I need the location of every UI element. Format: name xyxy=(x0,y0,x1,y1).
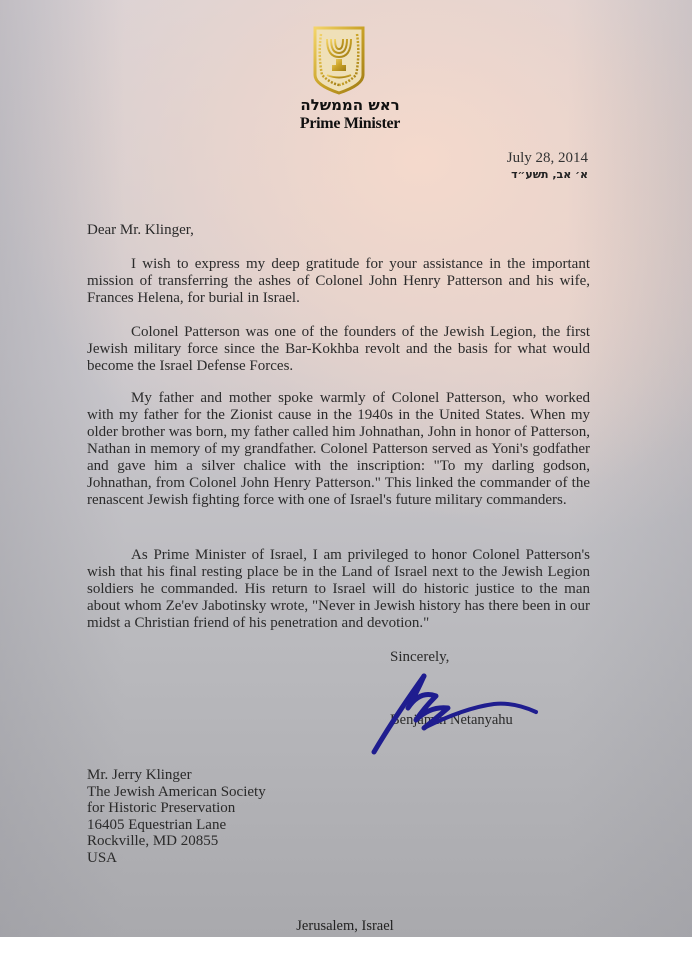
paragraph-3: My father and mother spoke warmly of Col… xyxy=(87,390,590,509)
menorah-emblem-icon xyxy=(312,25,366,95)
paragraph-1: I wish to express my deep gratitude for … xyxy=(87,256,590,307)
footer-location: Jerusalem, Israel xyxy=(245,918,445,935)
salutation: Dear Mr. Klinger, xyxy=(87,222,194,239)
office-title-hebrew: ראש הממשלה xyxy=(250,96,450,114)
recipient-street: 16405 Equestrian Lane xyxy=(87,817,266,834)
recipient-name: Mr. Jerry Klinger xyxy=(87,767,266,784)
letter-date-hebrew: א׳ אב, תשע״ד xyxy=(470,168,588,181)
paragraph-text: As Prime Minister of Israel, I am privil… xyxy=(87,547,590,632)
recipient-country: USA xyxy=(87,850,266,867)
paragraph-text: My father and mother spoke warmly of Col… xyxy=(87,390,590,509)
letter-page: ראש הממשלה Prime Minister July 28, 2014 … xyxy=(0,0,692,937)
office-title: Prime Minister xyxy=(250,115,450,133)
paragraph-4: As Prime Minister of Israel, I am privil… xyxy=(87,547,590,632)
paragraph-text: Colonel Patterson was one of the founder… xyxy=(87,324,590,375)
recipient-organization-line2: for Historic Preservation xyxy=(87,800,266,817)
closing: Sincerely, xyxy=(390,649,449,666)
recipient-city: Rockville, MD 20855 xyxy=(87,833,266,850)
recipient-address: Mr. Jerry Klinger The Jewish American So… xyxy=(87,767,266,867)
paragraph-text: I wish to express my deep gratitude for … xyxy=(87,256,590,307)
handwritten-signature-icon xyxy=(364,668,544,758)
recipient-organization: The Jewish American Society xyxy=(87,784,266,801)
letter-date: July 28, 2014 xyxy=(470,150,588,167)
paragraph-2: Colonel Patterson was one of the founder… xyxy=(87,324,590,375)
